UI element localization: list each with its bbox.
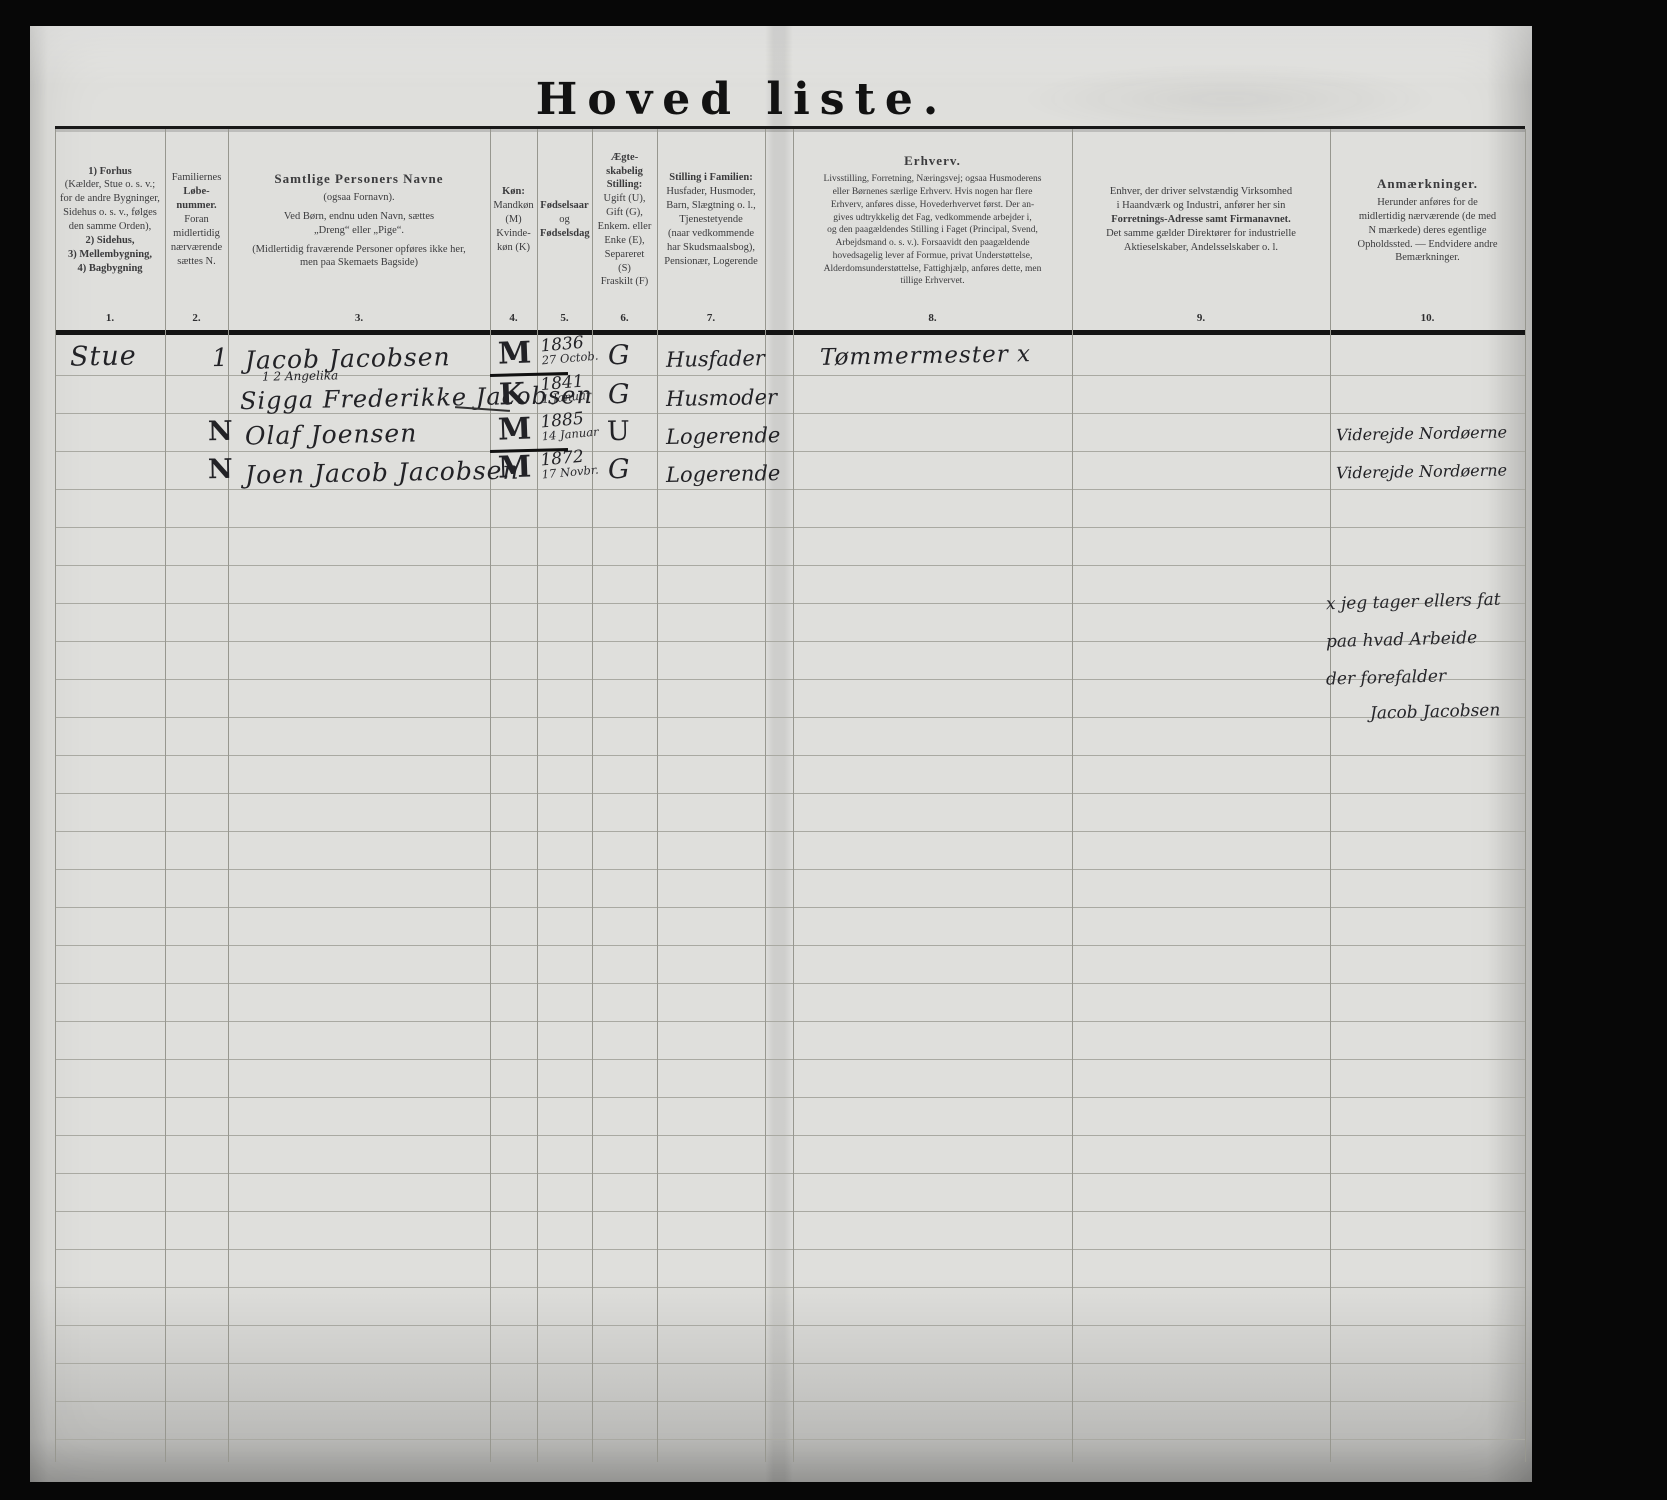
column-number-6: 6. xyxy=(592,312,657,324)
column-line xyxy=(657,129,658,1462)
column-header-kon: Køn: Mandkøn (M) Kvinde- køn (K) xyxy=(490,129,537,311)
column-line xyxy=(765,129,766,1462)
column-header-forretnings-adresse: Enhver, der driver selvstændig Virksomhe… xyxy=(1072,129,1330,311)
column-number-row: 1. 2. 3. 4. 5. 6. 7. 8. 9. 10. xyxy=(55,312,1525,328)
column-number-7: 7. xyxy=(657,312,765,324)
column-line xyxy=(228,129,229,1462)
column-header-stilling-i-familien: Stilling i Familien: Husfader, Husmoder,… xyxy=(657,129,765,311)
entry-3-marital: U xyxy=(607,416,631,447)
census-form-page: Hoved liste. 1) Forhus (Kælder, Stue o. … xyxy=(30,26,1532,1482)
column-line xyxy=(490,129,491,1462)
entry-1-lobenummer: 1 xyxy=(212,343,229,372)
ink-bleedthrough xyxy=(1020,64,1440,134)
column-number-1: 1. xyxy=(55,312,165,324)
column-line xyxy=(55,129,56,1462)
entry-2-insertion-note: 1 2 Angelika xyxy=(262,368,338,383)
entry-4-family-position: Logerende xyxy=(666,461,781,487)
column-number-5: 5. xyxy=(537,312,592,324)
entry-1-marital: G xyxy=(608,340,631,371)
column-header-aegteskabelig: Ægte- skabelig Stilling: Ugift (U), Gift… xyxy=(592,129,657,311)
entry-2-sex: K xyxy=(498,377,525,413)
entry-2-birthdate: 1841 1 Januar xyxy=(540,373,592,406)
page-title: Hoved liste. xyxy=(442,74,1042,125)
column-header-lobenummer: Familiernes Løbe- nummer. Foran midlerti… xyxy=(165,129,228,311)
entry-4-birthdate: 1872 17 Novbr. xyxy=(540,448,599,481)
column-line xyxy=(1525,129,1526,1462)
column-header-fodsel: Fødselsaar og Fødselsdag xyxy=(537,129,592,311)
column-line xyxy=(592,129,593,1462)
entry-1-occupation: Tømmermester x xyxy=(820,341,1031,371)
column-number-9: 9. xyxy=(1072,312,1330,324)
remark-note-line: paa hvad Arbeide xyxy=(1326,628,1478,652)
column-number-2: 2. xyxy=(165,312,228,324)
entry-4-lobenummer: N xyxy=(208,454,233,485)
entry-3-lobenummer: N xyxy=(208,416,233,447)
entry-1-forhus: Stue xyxy=(70,340,137,372)
entry-4-name: Joen Jacob Jacobsen xyxy=(245,456,520,490)
column-number-4: 4. xyxy=(490,312,537,324)
column-header-forhus: 1) Forhus (Kælder, Stue o. s. v.; for de… xyxy=(55,129,165,311)
column-line xyxy=(165,129,166,1462)
entry-3-birthdate: 1885 14 Januar xyxy=(540,410,599,443)
entry-1-birthdate: 1836 27 Octob. xyxy=(540,334,599,367)
entry-1-family-position: Husfader xyxy=(666,346,765,372)
entry-3-name: Olaf Joensen xyxy=(245,418,418,450)
remark-note-signature: Jacob Jacobsen xyxy=(1370,700,1501,723)
ruled-grid xyxy=(55,338,1525,1462)
column-line xyxy=(537,129,538,1462)
header-divider-rule xyxy=(55,330,1525,335)
entry-4-marital: G xyxy=(608,454,631,485)
entry-4-remark: Viderejde Nordøerne xyxy=(1336,461,1507,483)
remark-note-line: der forefalder xyxy=(1326,666,1447,689)
entry-2-family-position: Husmoder xyxy=(666,385,777,411)
entry-2-marital: G xyxy=(608,379,631,410)
column-number-3: 3. xyxy=(228,312,490,324)
entry-3-family-position: Logerende xyxy=(666,423,781,449)
entry-4-sex: M xyxy=(497,449,531,485)
entry-3-remark: Viderejde Nordøerne xyxy=(1336,423,1507,445)
column-number-10: 10. xyxy=(1330,312,1525,324)
column-number-8: 8. xyxy=(793,312,1072,324)
table-header: 1) Forhus (Kælder, Stue o. s. v.; for de… xyxy=(55,129,1525,311)
entry-1-sex: M xyxy=(497,335,531,371)
column-line xyxy=(793,129,794,1462)
entry-3-sex: M xyxy=(497,411,531,447)
column-line xyxy=(1330,129,1331,1462)
column-header-erhverv: Erhverv. Livsstilling, Forretning, Nærin… xyxy=(793,129,1072,311)
column-header-anmaerkninger: Anmærkninger. Herunder anføres for de mi… xyxy=(1330,129,1525,311)
column-header-navne: Samtlige Personers Navne (ogsaa Fornavn)… xyxy=(228,129,490,311)
column-line xyxy=(1072,129,1073,1462)
